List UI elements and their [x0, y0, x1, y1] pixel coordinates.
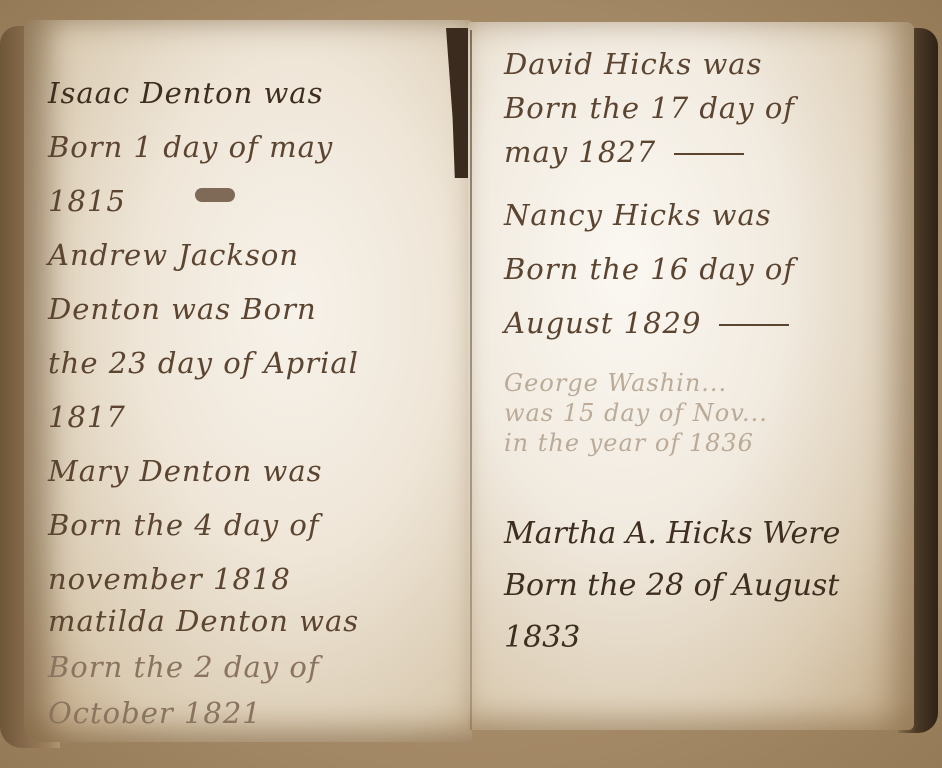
entry-isaac-denton: Isaac Denton was Born 1 day of may 1815	[48, 66, 448, 228]
entry-mary-denton: Mary Denton was Born the 4 day of novemb…	[48, 444, 448, 606]
entry-martha-hicks: Martha A. Hicks Were Born the 28 of Augu…	[504, 508, 894, 664]
entry-line: 1815	[48, 174, 448, 228]
entry-line: matilda Denton was	[48, 598, 448, 644]
entry-line: Mary Denton was	[48, 444, 448, 498]
entry-line: Nancy Hicks was	[504, 188, 894, 242]
entry-line: Isaac Denton was	[48, 66, 448, 120]
right-page-entries: David Hicks was Born the 17 day of may 1…	[504, 42, 894, 664]
entry-andrew-jackson-denton: Andrew Jackson Denton was Born the 23 da…	[48, 228, 448, 444]
entry-line-text: may 1827	[504, 135, 656, 169]
entry-line: Andrew Jackson	[48, 228, 448, 282]
entry-line-text: August 1829	[504, 306, 701, 340]
entry-nancy-hicks: Nancy Hicks was Born the 16 day of Augus…	[504, 188, 894, 350]
entry-line: David Hicks was	[504, 42, 894, 86]
entry-line: in the year of 1836	[504, 428, 894, 458]
entry-line: Born the 4 day of	[48, 498, 448, 552]
entry-line: 1817	[48, 390, 448, 444]
left-page-entries: Isaac Denton was Born 1 day of may 1815 …	[48, 66, 448, 736]
entry-david-hicks: David Hicks was Born the 17 day of may 1…	[504, 42, 894, 174]
entry-line: Born 1 day of may	[48, 120, 448, 174]
entry-line: Denton was Born	[48, 282, 448, 336]
entry-line: was 15 day of Nov...	[504, 398, 894, 428]
entry-line: Born the 2 day of	[48, 644, 448, 690]
entry-line: the 23 day of Aprial	[48, 336, 448, 390]
entry-matilda-denton: matilda Denton was Born the 2 day of Oct…	[48, 598, 448, 736]
flourish-underline	[719, 324, 789, 326]
entry-faint-erased: George Washin... was 15 day of Nov... in…	[504, 368, 894, 458]
entry-line: August 1829	[504, 296, 894, 350]
flourish-underline	[674, 153, 744, 155]
book-gutter	[470, 30, 472, 730]
entry-line: George Washin...	[504, 368, 894, 398]
entry-line: may 1827	[504, 130, 894, 174]
entry-line: 1833	[504, 612, 894, 664]
entry-line: Born the 16 day of	[504, 242, 894, 296]
entry-line: Born the 17 day of	[504, 86, 894, 130]
entry-line: October 1821	[48, 690, 448, 736]
entry-line: Born the 28 of August	[504, 560, 894, 612]
entry-line: Martha A. Hicks Were	[504, 508, 894, 560]
